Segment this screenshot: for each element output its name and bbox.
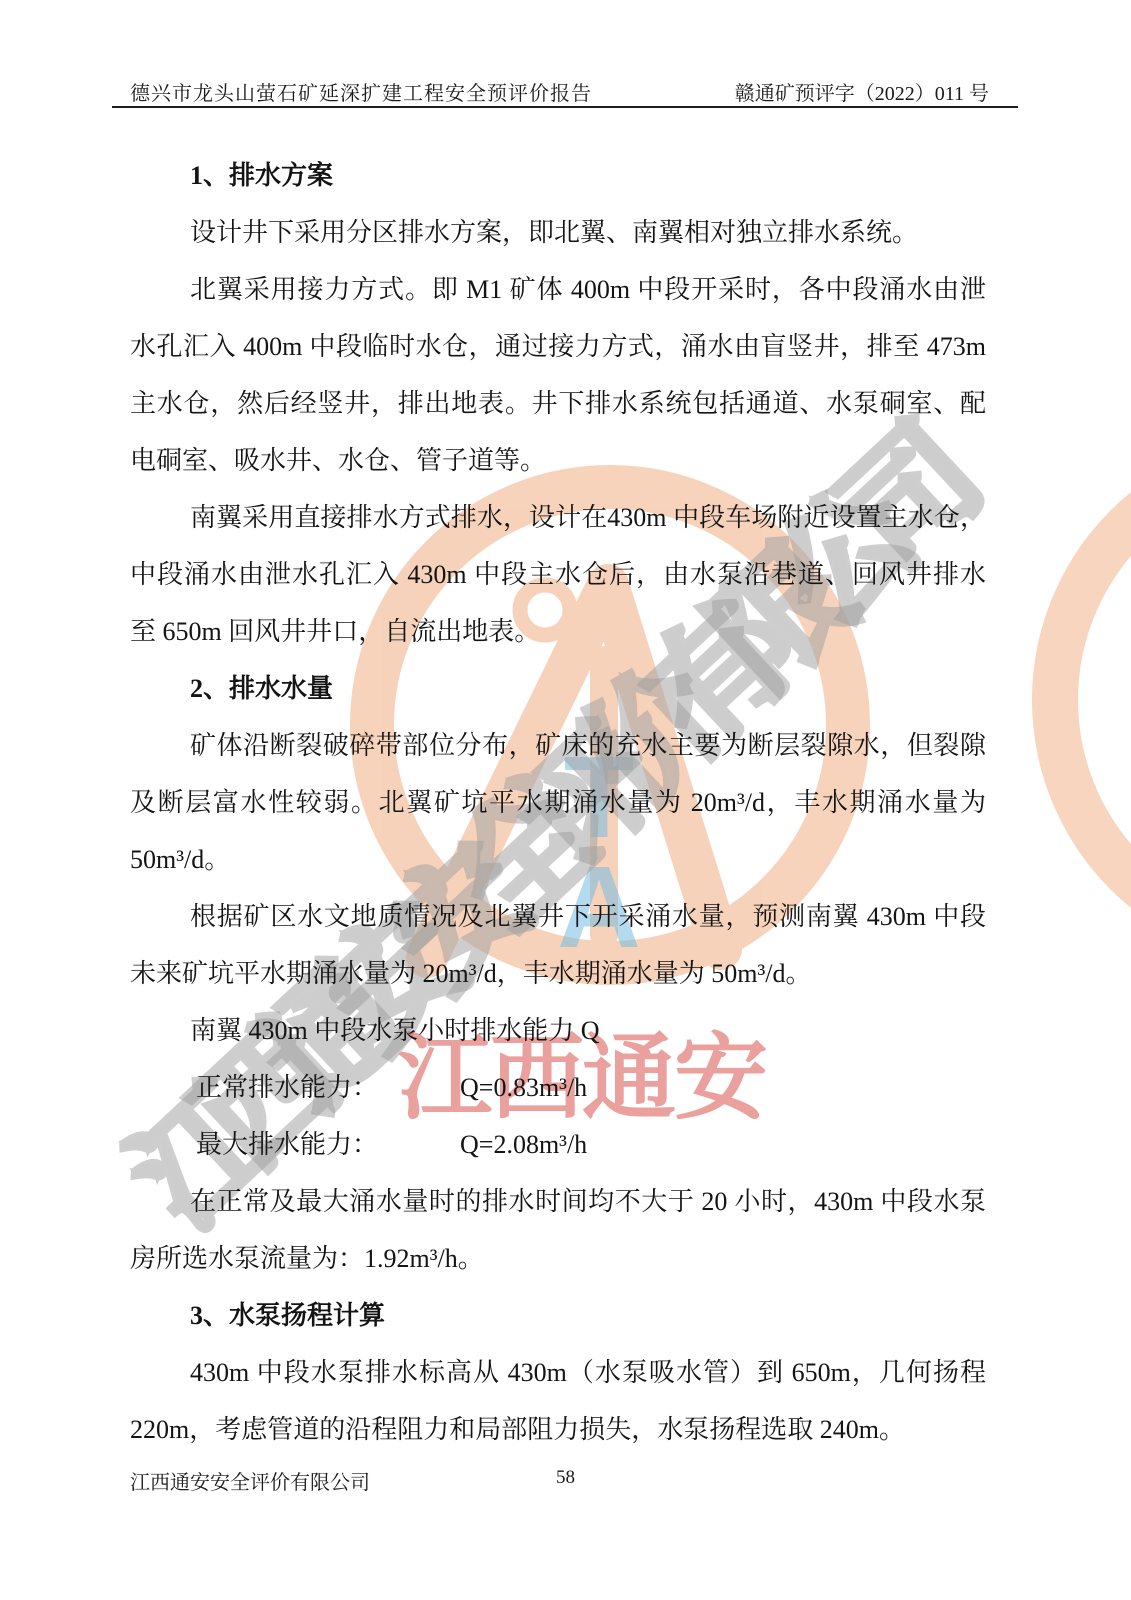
section-heading: 2、排水水量 [130, 660, 986, 717]
body-line: 在正常及最大涌水量时的排水时间均不大于 20 小时，430m 中段水泵 [130, 1173, 986, 1230]
header-divider [112, 106, 1018, 108]
body-line: 水孔汇入 400m 中段临时水仓，通过接力方式，涌水由盲竖井，排至 473m [130, 318, 986, 375]
footer-page-number: 58 [0, 1467, 1131, 1489]
section-heading: 3、水泵扬程计算 [130, 1287, 986, 1344]
body-line: 220m，考虑管道的沿程阻力和局部阻力损失，水泵扬程选取 240m。 [130, 1401, 986, 1458]
body-line: 矿体沿断裂破碎带部位分布，矿床的充水主要为断层裂隙水，但裂隙 [130, 717, 986, 774]
body-line: 至 650m 回风井井口，自流出地表。 [130, 603, 986, 660]
body-line: 南翼 430m 中段水泵小时排水能力 Q [130, 1002, 986, 1059]
header-report-title: 德兴市龙头山萤石矿延深扩建工程安全预评价报告 [130, 77, 592, 106]
section-heading: 1、排水方案 [130, 147, 986, 204]
body-line: 北翼采用接力方式。即 M1 矿体 400m 中段开采时，各中段涌水由泄 [130, 261, 986, 318]
body-line: 最大排水能力：Q=2.08m³/h [130, 1116, 986, 1173]
capacity-label: 最大排水能力： [196, 1116, 460, 1173]
body-line: 主水仓，然后经竖井，排出地表。井下排水系统包括通道、水泵硐室、配 [130, 375, 986, 432]
body-line: 根据矿区水文地质情况及北翼井下开采涌水量，预测南翼 430m 中段 [130, 888, 986, 945]
body-line: 设计井下采用分区排水方案，即北翼、南翼相对独立排水系统。 [130, 204, 986, 261]
body-line: 正常排水能力：Q=0.83m³/h [130, 1059, 986, 1116]
body-line: 430m 中段水泵排水标高从 430m（水泵吸水管）到 650m，几何扬程 [130, 1344, 986, 1401]
capacity-value: Q=2.08m³/h [460, 1130, 587, 1159]
body-line: 50m³/d。 [130, 831, 986, 888]
body-line: 中段涌水由泄水孔汇入 430m 中段主水仓后，由水泵沿巷道、回风井排水 [130, 546, 986, 603]
body-line: 及断层富水性较弱。北翼矿坑平水期涌水量为 20m³/d，丰水期涌水量为 [130, 774, 986, 831]
capacity-value: Q=0.83m³/h [460, 1073, 587, 1102]
capacity-label: 正常排水能力： [196, 1059, 460, 1116]
body-line: 电硐室、吸水井、水仓、管子道等。 [130, 432, 986, 489]
header-document-number: 赣通矿预评字（2022）011 号 [735, 77, 989, 106]
body-line: 房所选水泵流量为：1.92m³/h。 [130, 1230, 986, 1287]
document-content: 德兴市龙头山萤石矿延深扩建工程安全预评价报告 赣通矿预评字（2022）011 号… [0, 0, 1131, 1600]
body-line: 未来矿坑平水期涌水量为 20m³/d，丰水期涌水量为 50m³/d。 [130, 945, 986, 1002]
body-line: 南翼采用直接排水方式排水，设计在430m 中段车场附近设置主水仓， [130, 489, 986, 546]
document-page: T A 江西通安安全评价有限公司 江西通安 德兴市龙头山萤石矿延深扩建工程安全预… [0, 0, 1131, 1600]
body-text: 1、排水方案设计井下采用分区排水方案，即北翼、南翼相对独立排水系统。北翼采用接力… [130, 147, 986, 1458]
